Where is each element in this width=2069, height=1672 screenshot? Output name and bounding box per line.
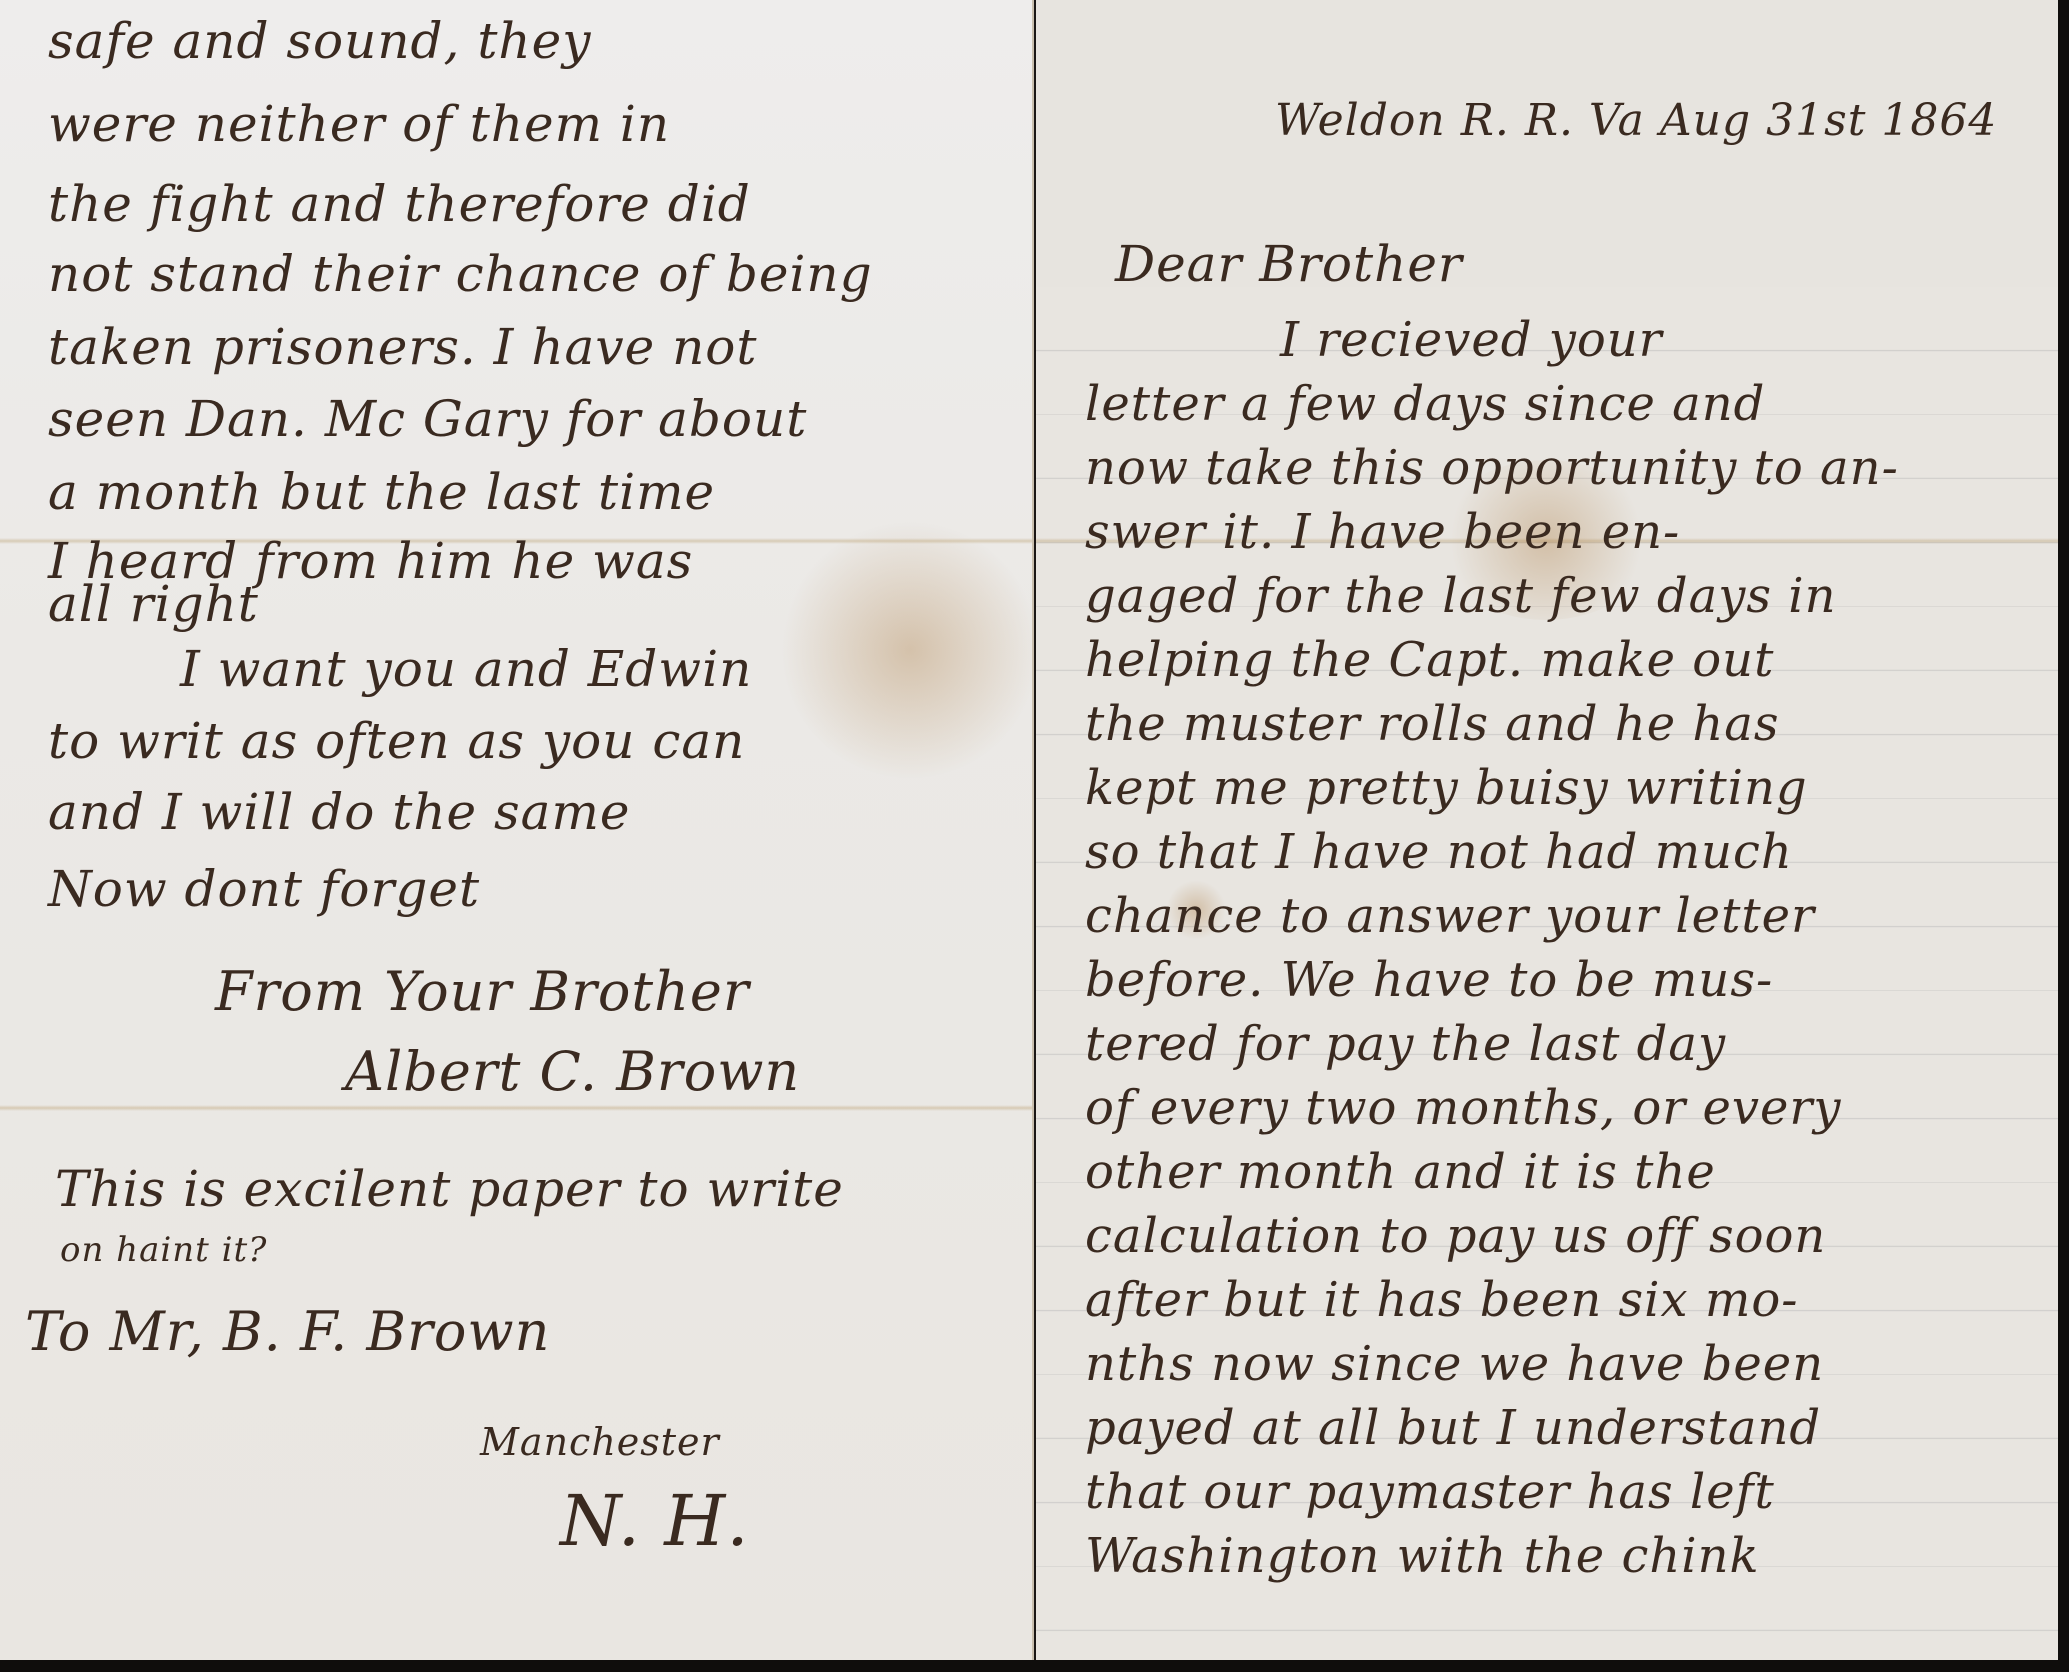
signature: Albert C. Brown (345, 1040, 800, 1103)
letter-line: so that I have not had much (1085, 824, 1793, 880)
letter-line: taken prisoners. I have not (48, 318, 757, 376)
letter-line: not stand their chance of being (48, 245, 873, 303)
letter-line: chance to answer your letter (1085, 888, 1815, 944)
letter-line: gaged for the last few days in (1085, 568, 1836, 624)
postscript-line: This is excilent paper to write (55, 1160, 844, 1218)
letter-line: before. We have to be mus- (1085, 952, 1773, 1008)
letter-line: helping the Capt. make out (1085, 632, 1774, 688)
letter-line: all right (48, 575, 259, 633)
letter-line: the fight and therefore did (48, 175, 751, 233)
fold-crease (0, 1105, 1032, 1111)
letter-line: and I will do the same (48, 783, 630, 841)
letter-line: a month but the last time (48, 463, 715, 521)
address-city: Manchester (480, 1420, 720, 1464)
address-recipient: To Mr, B. F. Brown (25, 1300, 550, 1363)
postscript-line: on haint it? (60, 1230, 267, 1270)
water-stain (780, 520, 1034, 780)
letter-line: tered for pay the last day (1085, 1016, 1726, 1072)
letter-line: to writ as often as you can (48, 712, 745, 770)
letter-line: other month and it is the (1085, 1144, 1716, 1200)
letter-line: Washington with the chink (1085, 1528, 1760, 1584)
dateline: Weldon R. R. Va Aug 31st 1864 (1275, 95, 1997, 146)
letter-line: kept me pretty buisy writing (1085, 760, 1808, 816)
letter-line: I want you and Edwin (180, 640, 752, 698)
letter-line: swer it. I have been en- (1085, 504, 1680, 560)
letter-line: nths now since we have been (1085, 1336, 1824, 1392)
letter-closing: From Your Brother (215, 960, 750, 1023)
left-page: safe and sound, they were neither of the… (0, 0, 1034, 1660)
letter-line: calculation to pay us off soon (1085, 1208, 1826, 1264)
letter-line: were neither of them in (48, 95, 670, 153)
scan-border (0, 1660, 2069, 1672)
letter-line: letter a few days since and (1085, 376, 1765, 432)
letter-line: Now dont forget (48, 860, 480, 918)
letter-line: now take this opportunity to an- (1085, 440, 1899, 496)
letter-line: after but it has been six mo- (1085, 1272, 1798, 1328)
scan-border (2058, 0, 2069, 1672)
letter-line: of every two months, or every (1085, 1080, 1841, 1136)
letter-line: the muster rolls and he has (1085, 696, 1780, 752)
salutation: Dear Brother (1115, 235, 1463, 293)
letter-line: I recieved your (1280, 312, 1663, 368)
letter-line: payed at all but I understand (1085, 1400, 1821, 1456)
letter-line: seen Dan. Mc Gary for about (48, 390, 807, 448)
letter-line: safe and sound, they (48, 12, 591, 70)
address-state: N. H. (560, 1480, 750, 1562)
letter-line: that our paymaster has left (1085, 1464, 1775, 1520)
